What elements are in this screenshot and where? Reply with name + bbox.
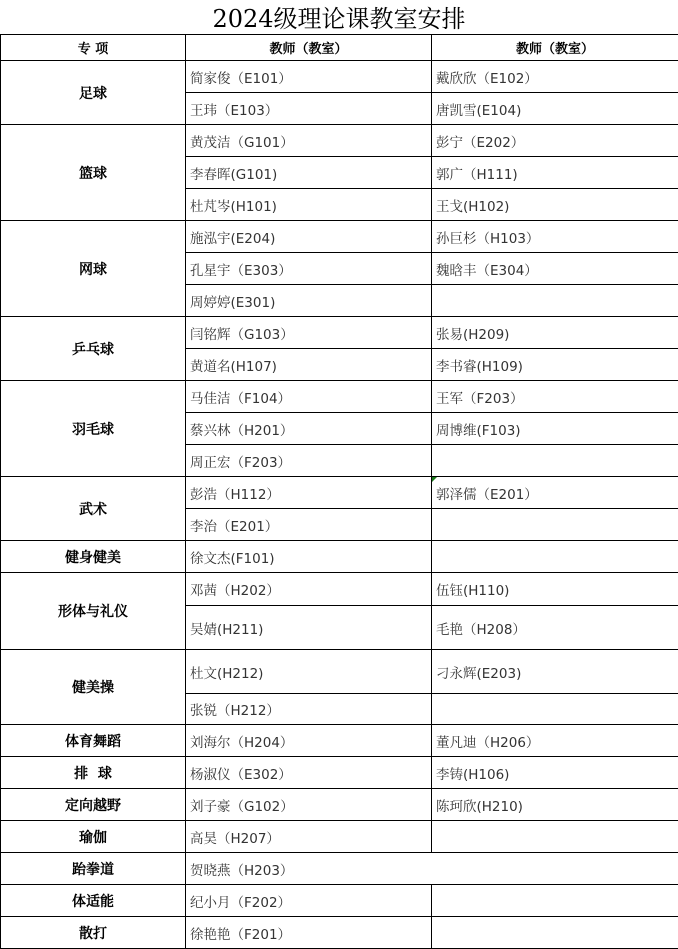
category-cell[interactable]: 瑜伽	[1, 821, 186, 853]
teacher-cell[interactable]: 闫铭辉（G103）	[186, 317, 432, 349]
table-row: 瑜伽 高昊（H207）	[1, 821, 678, 853]
teacher-cell[interactable]: 彭浩（H112）	[186, 477, 432, 509]
teacher-cell[interactable]: 刘子豪（G102）	[186, 789, 432, 821]
teacher-cell[interactable]: 周正宏（F203）	[186, 445, 432, 477]
empty-cell[interactable]	[432, 445, 678, 477]
teacher-cell[interactable]: 高昊（H207）	[186, 821, 432, 853]
empty-cell[interactable]	[432, 917, 678, 949]
teacher-cell[interactable]: 孙巨杉（H103）	[432, 221, 678, 253]
teacher-cell[interactable]: 彭宁（E202）	[432, 125, 678, 157]
teacher-cell[interactable]: 贺晓燕（H203）	[186, 853, 678, 885]
header-row: 专 项 教师（教室） 教师（教室）	[1, 35, 678, 61]
category-cell[interactable]: 篮球	[1, 125, 186, 221]
teacher-cell[interactable]: 唐凯雪(E104)	[432, 93, 678, 125]
teacher-cell[interactable]: 魏晗丰（E304）	[432, 253, 678, 285]
table-row: 篮球 黄茂洁（G101） 彭宁（E202）	[1, 125, 678, 157]
teacher-cell[interactable]: 刁永辉(E203)	[432, 650, 678, 694]
teacher-cell[interactable]: 吴婧(H211)	[186, 606, 432, 650]
table-row: 体适能 纪小月（F202）	[1, 885, 678, 917]
category-cell[interactable]: 网球	[1, 221, 186, 317]
category-cell[interactable]: 健身健美	[1, 541, 186, 573]
category-cell[interactable]: 武术	[1, 477, 186, 541]
category-cell[interactable]: 定向越野	[1, 789, 186, 821]
teacher-cell[interactable]: 毛艳（H208）	[432, 606, 678, 650]
header-category: 专 项	[1, 35, 186, 61]
teacher-cell[interactable]: 李书睿(H109)	[432, 349, 678, 381]
category-cell[interactable]: 健美操	[1, 650, 186, 725]
teacher-cell[interactable]: 李治（E201）	[186, 509, 432, 541]
category-cell[interactable]: 乒乓球	[1, 317, 186, 381]
table-row: 排 球 杨淑仪（E302） 李铸(H106)	[1, 757, 678, 789]
teacher-cell[interactable]: 杜文(H212)	[186, 650, 432, 694]
empty-cell[interactable]	[432, 885, 678, 917]
table-row: 健身健美 徐文杰(F101)	[1, 541, 678, 573]
header-teacher-1: 教师（教室）	[186, 35, 432, 61]
teacher-cell[interactable]: 郭广（H111)	[432, 157, 678, 189]
empty-cell[interactable]	[432, 285, 678, 317]
category-cell[interactable]: 足球	[1, 61, 186, 125]
teacher-cell[interactable]: 伍钰(H110)	[432, 573, 678, 606]
table-row: 定向越野 刘子豪（G102） 陈珂欣(H210)	[1, 789, 678, 821]
teacher-cell[interactable]: 黄茂洁（G101）	[186, 125, 432, 157]
teacher-cell[interactable]: 董凡迪（H206）	[432, 725, 678, 757]
teacher-cell[interactable]: 刘海尔（H204）	[186, 725, 432, 757]
teacher-cell[interactable]: 简家俊（E101）	[186, 61, 432, 93]
teacher-cell[interactable]: 周婷婷(E301)	[186, 285, 432, 317]
teacher-cell[interactable]: 黄道名(H107)	[186, 349, 432, 381]
category-cell[interactable]: 体育舞蹈	[1, 725, 186, 757]
teacher-cell[interactable]: 纪小月（F202）	[186, 885, 432, 917]
empty-cell[interactable]	[432, 694, 678, 725]
table-row: 体育舞蹈 刘海尔（H204） 董凡迪（H206）	[1, 725, 678, 757]
table-row: 足球 简家俊（E101） 戴欣欣（E102）	[1, 61, 678, 93]
category-cell[interactable]: 跆拳道	[1, 853, 186, 885]
table-row: 乒乓球 闫铭辉（G103） 张易(H209)	[1, 317, 678, 349]
table-row: 羽毛球 马佳洁（F104） 王军（F203）	[1, 381, 678, 413]
teacher-cell[interactable]: 张锐（H212）	[186, 694, 432, 725]
teacher-cell[interactable]: 李春晖(G101)	[186, 157, 432, 189]
teacher-cell[interactable]: 王军（F203）	[432, 381, 678, 413]
teacher-cell[interactable]: 陈珂欣(H210)	[432, 789, 678, 821]
table-row: 跆拳道 贺晓燕（H203）	[1, 853, 678, 885]
table-row: 武术 彭浩（H112） 郭泽儒（E201）	[1, 477, 678, 509]
teacher-cell[interactable]: 徐艳艳（F201）	[186, 917, 432, 949]
table-row: 散打 徐艳艳（F201）	[1, 917, 678, 949]
teacher-cell[interactable]: 王玮（E103）	[186, 93, 432, 125]
table-row: 网球 施泓宇(E204) 孙巨杉（H103）	[1, 221, 678, 253]
teacher-cell[interactable]: 施泓宇(E204)	[186, 221, 432, 253]
empty-cell[interactable]	[432, 509, 678, 541]
teacher-cell[interactable]: 孔星宇（E303）	[186, 253, 432, 285]
sheet-title: 2024级理论课教室安排	[0, 0, 678, 34]
teacher-cell[interactable]: 蔡兴林（H201）	[186, 413, 432, 445]
teacher-cell[interactable]: 周博维(F103)	[432, 413, 678, 445]
teacher-cell[interactable]: 李铸(H106)	[432, 757, 678, 789]
category-cell[interactable]: 羽毛球	[1, 381, 186, 477]
teacher-name: 郭泽儒（E201）	[436, 487, 538, 503]
teacher-cell[interactable]: 马佳洁（F104）	[186, 381, 432, 413]
category-cell[interactable]: 形体与礼仪	[1, 573, 186, 650]
teacher-cell[interactable]: 郭泽儒（E201）	[432, 477, 678, 509]
empty-cell[interactable]	[432, 821, 678, 853]
teacher-cell[interactable]: 王戈(H102)	[432, 189, 678, 221]
teacher-cell[interactable]: 张易(H209)	[432, 317, 678, 349]
teacher-cell[interactable]: 徐文杰(F101)	[186, 541, 432, 573]
table-row: 形体与礼仪 邓茜（H202） 伍钰(H110)	[1, 573, 678, 606]
teacher-cell[interactable]: 戴欣欣（E102）	[432, 61, 678, 93]
header-teacher-2: 教师（教室）	[432, 35, 678, 61]
empty-cell[interactable]	[432, 541, 678, 573]
table-row: 健美操 杜文(H212) 刁永辉(E203)	[1, 650, 678, 694]
spreadsheet: 2024级理论课教室安排 专 项 教师（教室） 教师（教室） 足球 简家俊（E1…	[0, 0, 678, 949]
classroom-schedule-table: 专 项 教师（教室） 教师（教室） 足球 简家俊（E101） 戴欣欣（E102）…	[0, 34, 678, 949]
category-cell[interactable]: 排 球	[1, 757, 186, 789]
category-cell[interactable]: 散打	[1, 917, 186, 949]
teacher-cell[interactable]: 邓茜（H202）	[186, 573, 432, 606]
teacher-cell[interactable]: 杜芃岑(H101)	[186, 189, 432, 221]
teacher-cell[interactable]: 杨淑仪（E302）	[186, 757, 432, 789]
category-cell[interactable]: 体适能	[1, 885, 186, 917]
cell-comment-indicator-icon	[432, 477, 437, 482]
